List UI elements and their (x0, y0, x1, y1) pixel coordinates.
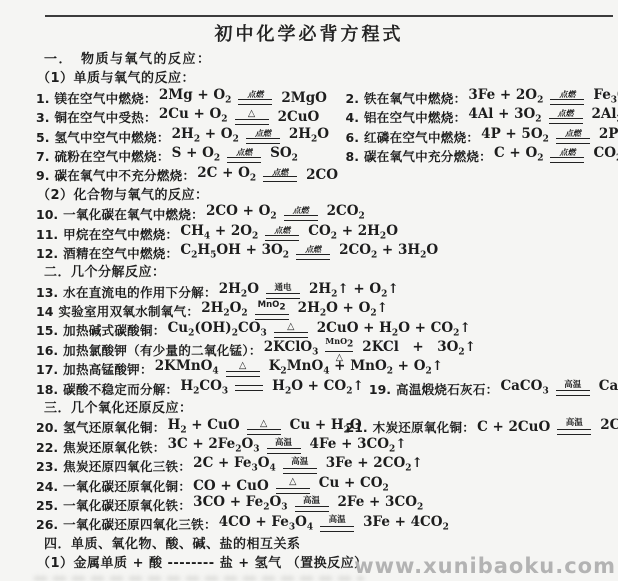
watermark: www.xunibaoku.com (354, 554, 616, 578)
condition-top: 点燃 (293, 206, 309, 215)
reaction-condition: 通电 (266, 284, 300, 299)
equals-line (283, 468, 317, 474)
reaction-condition: 高温 (320, 516, 354, 531)
condition-top: 高温 (329, 516, 346, 525)
condition-top: △ (239, 361, 246, 371)
reaction-condition: 高温 (283, 458, 317, 473)
reaction-condition: △ (235, 109, 269, 125)
equals-line (255, 314, 289, 320)
equals-line (296, 254, 330, 260)
reactants: 4CO + Fe3O4 (219, 513, 313, 538)
section-heading: 一． 物质与氧气的反应： (30, 50, 614, 69)
condition-top: △ (289, 477, 296, 487)
condition-top: 点燃 (247, 90, 263, 99)
equals-line (235, 119, 269, 125)
condition-top: 高温 (566, 419, 583, 428)
reaction-condition: 点燃 (284, 206, 318, 221)
reactants: C + 2CuO (477, 418, 550, 437)
condition-top: MnO2 (325, 337, 353, 350)
equals-line (238, 99, 272, 105)
condition-top: 点燃 (236, 148, 252, 157)
equation-label: 一氧化碳还原四氧化三铁： (63, 515, 217, 534)
condition-top: △ (287, 322, 294, 332)
products: CO2 (593, 144, 618, 169)
equation-label: 碳在氧气中不充分燃烧： (54, 166, 195, 185)
equals-line (274, 332, 308, 338)
reaction-condition: 点燃 (550, 148, 584, 163)
document-body: 一． 物质与氧气的反应：（1）单质与氧气的反应：1.镁在空气中燃烧：2Mg + … (30, 50, 614, 574)
equation: 26.一氧化碳还原四氧化三铁：4CO + Fe3O4高温3Fe + 4CO2 (30, 513, 449, 538)
equals-line (267, 448, 301, 454)
equation-number: 8. (346, 147, 359, 166)
reaction-condition: 点燃 (296, 245, 330, 260)
reaction-condition: 点燃 (549, 109, 583, 124)
reaction-condition: MnO2△ (325, 337, 353, 363)
condition-top: 高温 (303, 497, 320, 506)
reaction-condition: 点燃 (556, 129, 590, 144)
equals-line (226, 371, 260, 377)
equation-number: 18. (36, 380, 58, 399)
condition-top: 通电 (274, 284, 291, 293)
products: 2Cu + CO2↑ (600, 416, 618, 441)
condition-top: 点燃 (274, 226, 290, 235)
equals-line (284, 215, 318, 221)
equation-row: 9.碳在氧气中不充分燃烧：2C + O2点燃2CO (30, 166, 614, 185)
reaction-condition: 点燃 (265, 226, 299, 241)
reaction-condition: 高温 (267, 439, 301, 454)
condition-top: 点燃 (558, 109, 574, 118)
equation-number: 9. (36, 166, 49, 185)
condition-top: 点燃 (255, 129, 271, 138)
equals-line (276, 488, 310, 494)
reactants: C2H5OH + 3O2 (180, 241, 289, 266)
products: H2O + CO2↑ (272, 377, 364, 402)
reaction-condition: △ (274, 322, 308, 338)
reaction-condition: 点燃 (238, 90, 272, 105)
reactants: 2C + O2 (197, 164, 256, 189)
equation-row: 18.碳酸不稳定而分解：H2CO3H2O + CO2↑19.高温煅烧石灰石：Ca… (30, 380, 614, 399)
products: 2CO2 + 3H2O (339, 241, 438, 266)
equation: 9.碳在氧气中不充分燃烧：2C + O2点燃2CO (30, 164, 338, 189)
title-divider (45, 15, 613, 17)
equals-line (550, 157, 584, 163)
condition-top: 点燃 (272, 168, 288, 177)
reactants: CaCO3 (500, 377, 548, 402)
condition-top: 点燃 (559, 148, 575, 157)
condition-top: 高温 (291, 458, 308, 467)
equation-label: 酒精在空气中燃烧： (63, 244, 178, 263)
reaction-condition (235, 385, 263, 391)
condition-top: 点燃 (565, 129, 581, 138)
equals-line (265, 235, 299, 241)
page-title: 初中化学必背方程式 (0, 20, 618, 46)
reaction-condition: △ (276, 477, 310, 493)
equation-number: 26. (36, 515, 58, 534)
condition-top: 点燃 (305, 245, 321, 254)
condition-top: 高温 (275, 439, 292, 448)
reaction-condition: 点燃 (263, 168, 297, 183)
reaction-condition: 点燃 (246, 129, 280, 144)
reaction-condition: 点燃 (550, 90, 584, 105)
equation-label: 碳在氧气中充分燃烧： (364, 147, 492, 166)
section-heading: 四．单质、氧化物、酸、碱、盐的相互关系 (30, 535, 614, 554)
equation-number: 12. (36, 244, 58, 263)
equals-line (556, 390, 590, 396)
equation-number: 19. (369, 380, 391, 399)
equation-row: 12.酒精在空气中燃烧：C2H5OH + 3O2点燃2CO2 + 3H2O (30, 244, 614, 263)
equals-line (227, 157, 261, 163)
reaction-condition: 高温 (556, 381, 590, 396)
equals-line (235, 385, 263, 391)
condition-top: △ (260, 419, 267, 429)
products: 2CO (306, 166, 338, 185)
equation: 8.碳在氧气中充分燃烧：C + O2点燃CO2 (340, 144, 618, 169)
condition-top: 高温 (564, 381, 581, 390)
equals-line (557, 429, 591, 435)
cutoff-text-blur (34, 576, 364, 581)
equals-line (266, 293, 300, 299)
document-page: 初中化学必背方程式 一． 物质与氧气的反应：（1）单质与氧气的反应：1.镁在空气… (0, 0, 618, 581)
reaction-condition: △ (226, 361, 260, 377)
reaction-condition: 高温 (557, 419, 591, 434)
reaction-condition: △ (247, 419, 281, 435)
condition-bottom: △ (336, 353, 343, 363)
equals-line (263, 176, 297, 182)
condition-top: MnO2 (258, 301, 286, 314)
equation-label: 碳酸不稳定而分解： (63, 380, 178, 399)
condition-top: 点燃 (559, 90, 575, 99)
equals-line (556, 138, 590, 144)
equation-row: 26.一氧化碳还原四氧化三铁：4CO + Fe3O4高温3Fe + 4CO2 (30, 515, 614, 534)
equation-label: 高温煅烧石灰石： (396, 380, 498, 399)
reaction-condition: 点燃 (227, 148, 261, 163)
condition-top: △ (248, 109, 255, 119)
equals-line (246, 138, 280, 144)
equals-line (247, 429, 281, 435)
equals-line (549, 118, 583, 124)
equals-line (550, 99, 584, 105)
products: CaO + CO2↑ (599, 377, 618, 402)
equals-line (295, 506, 329, 512)
equals-line (320, 526, 354, 532)
equation: 19.高温煅烧石灰石：CaCO3高温CaO + CO2↑ (363, 377, 618, 402)
reaction-condition: MnO2 (255, 301, 289, 320)
reactants: C + O2 (494, 144, 543, 169)
reaction-condition: 高温 (295, 497, 329, 512)
products: 3Fe + 4CO2 (363, 513, 449, 538)
